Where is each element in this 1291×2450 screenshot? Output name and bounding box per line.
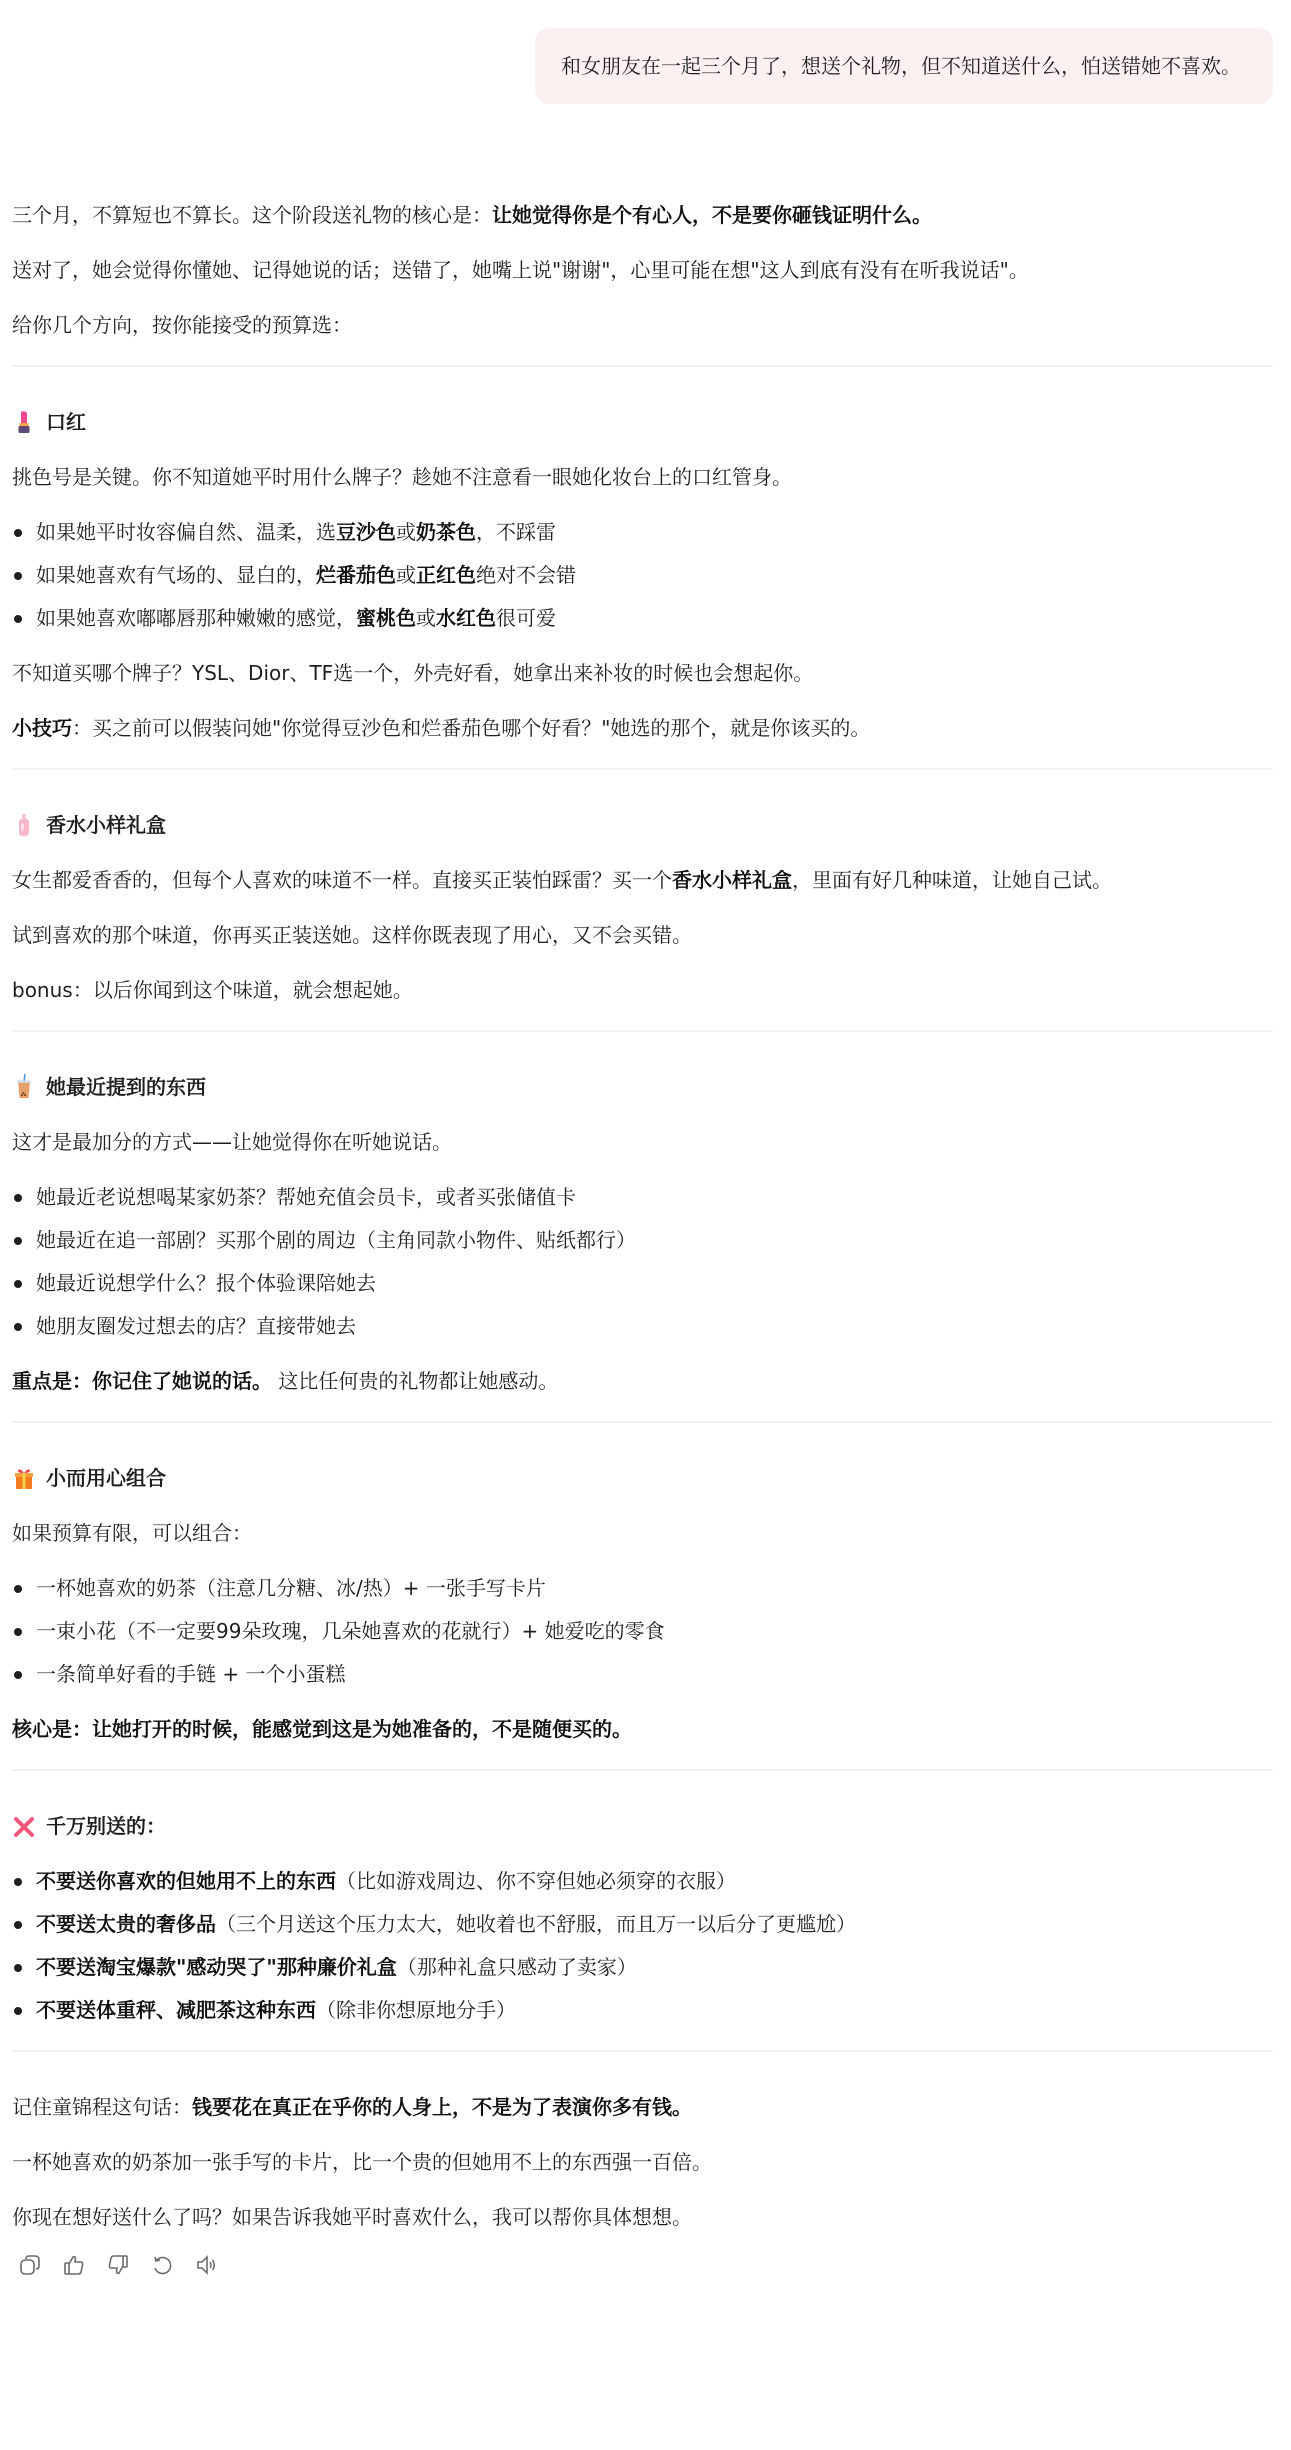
- copy-button[interactable]: [18, 2253, 42, 2277]
- list-item: 不要送淘宝爆款"感动哭了"那种廉价礼盒（那种礼盒只感动了卖家）: [12, 1952, 1273, 1982]
- lipstick-tip: 小技巧：买之前可以假装问她"你觉得豆沙色和烂番茄色哪个好看？"她选的那个，就是你…: [12, 713, 1273, 743]
- speaker-icon: [194, 2253, 218, 2277]
- perfume-paragraph-3: bonus：以后你闻到这个味道，就会想起她。: [12, 975, 1273, 1005]
- list-item: 如果她平时妆容偏自然、温柔，选豆沙色或奶茶色，不踩雷: [12, 517, 1273, 547]
- user-message-bubble: 和女朋友在一起三个月了，想送个礼物，但不知道送什么，怕送错她不喜欢。: [535, 28, 1273, 104]
- divider: [12, 1030, 1273, 1032]
- cross-mark-icon: [12, 1813, 36, 1839]
- outro-paragraph-3: 你现在想好送什么了吗？如果告诉我她平时喜欢什么，我可以帮你具体想想。: [12, 2202, 1273, 2232]
- lipstick-list: 如果她平时妆容偏自然、温柔，选豆沙色或奶茶色，不踩雷 如果她喜欢有气场的、显白的…: [12, 517, 1273, 633]
- list-item: 她最近说想学什么？报个体验课陪她去: [12, 1268, 1273, 1298]
- intro-paragraph-2: 送对了，她会觉得你懂她、记得她说的话；送错了，她嘴上说"谢谢"，心里可能在想"这…: [12, 255, 1273, 285]
- divider: [12, 365, 1273, 367]
- mentioned-list: 她最近老说想喝某家奶茶？帮她充值会员卡，或者买张储值卡 她最近在追一部剧？买那个…: [12, 1182, 1273, 1341]
- mentioned-key-point: 重点是：你记住了她说的话。 这比任何贵的礼物都让她感动。: [12, 1366, 1273, 1396]
- lipstick-paragraph-2: 不知道买哪个牌子？YSL、Dior、TF选一个，外壳好看，她拿出来补妆的时候也会…: [12, 658, 1273, 688]
- like-button[interactable]: [62, 2253, 86, 2277]
- lipstick-icon: [12, 409, 36, 435]
- section-title-avoid: 千万别送的：: [12, 1811, 1273, 1841]
- combo-list: 一杯她喜欢的奶茶（注意几分糖、冰/热）+ 一张手写卡片 一束小花（不一定要99朵…: [12, 1573, 1273, 1689]
- list-item: 不要送你喜欢的但她用不上的东西（比如游戏周边、你不穿但她必须穿的衣服）: [12, 1866, 1273, 1896]
- list-item: 不要送体重秤、减肥茶这种东西（除非你想原地分手）: [12, 1995, 1273, 2025]
- section-title-text: 她最近提到的东西: [46, 1072, 206, 1102]
- assistant-answer: 三个月，不算短也不算长。这个阶段送礼物的核心是：让她觉得你是个有心人，不是要你砸…: [0, 200, 1291, 2277]
- intro-paragraph-1: 三个月，不算短也不算长。这个阶段送礼物的核心是：让她觉得你是个有心人，不是要你砸…: [12, 200, 1273, 230]
- list-item: 她最近老说想喝某家奶茶？帮她充值会员卡，或者买张储值卡: [12, 1182, 1273, 1212]
- list-item: 如果她喜欢嘟嘟唇那种嫩嫩的感觉，蜜桃色或水红色很可爱: [12, 603, 1273, 633]
- regenerate-button[interactable]: [150, 2253, 174, 2277]
- list-item: 一杯她喜欢的奶茶（注意几分糖、冰/热）+ 一张手写卡片: [12, 1573, 1273, 1603]
- outro-paragraph-2: 一杯她喜欢的奶茶加一张手写的卡片，比一个贵的但她用不上的东西强一百倍。: [12, 2147, 1273, 2177]
- section-title-text: 小而用心组合: [46, 1463, 166, 1493]
- bubble-tea-icon: [12, 1074, 36, 1100]
- refresh-icon: [150, 2253, 174, 2277]
- combo-paragraph-1: 如果预算有限，可以组合：: [12, 1518, 1273, 1548]
- divider: [12, 1421, 1273, 1423]
- user-message-row: 和女朋友在一起三个月了，想送个礼物，但不知道送什么，怕送错她不喜欢。: [0, 0, 1291, 104]
- gift-icon: [12, 1465, 36, 1491]
- list-item: 如果她喜欢有气场的、显白的，烂番茄色或正红色绝对不会错: [12, 560, 1273, 590]
- list-item: 不要送太贵的奢侈品（三个月送这个压力太大，她收着也不舒服，而且万一以后分了更尴尬…: [12, 1909, 1273, 1939]
- intro-text: 三个月，不算短也不算长。这个阶段送礼物的核心是：: [12, 203, 492, 227]
- section-title-perfume: 香水小样礼盒: [12, 810, 1273, 840]
- outro-paragraph-1: 记住童锦程这句话：钱要花在真正在乎你的人身上，不是为了表演你多有钱。: [12, 2092, 1273, 2122]
- list-item: 一束小花（不一定要99朵玫瑰，几朵她喜欢的花就行）+ 她爱吃的零食: [12, 1616, 1273, 1646]
- perfume-bottle-icon: [12, 812, 36, 838]
- section-title-combo: 小而用心组合: [12, 1463, 1273, 1493]
- read-aloud-button[interactable]: [194, 2253, 218, 2277]
- lipstick-paragraph-1: 挑色号是关键。你不知道她平时用什么牌子？趁她不注意看一眼她化妆台上的口红管身。: [12, 462, 1273, 492]
- section-title-text: 千万别送的：: [46, 1811, 166, 1841]
- intro-paragraph-3: 给你几个方向，按你能接受的预算选：: [12, 310, 1273, 340]
- list-item: 一条简单好看的手链 + 一个小蛋糕: [12, 1659, 1273, 1689]
- thumbs-up-icon: [62, 2253, 86, 2277]
- perfume-paragraph-2: 试到喜欢的那个味道，你再买正装送她。这样你既表现了用心，又不会买错。: [12, 920, 1273, 950]
- divider: [12, 1769, 1273, 1771]
- section-title-text: 口红: [46, 407, 86, 437]
- list-item: 她最近在追一部剧？买那个剧的周边（主角同款小物件、贴纸都行）: [12, 1225, 1273, 1255]
- avoid-list: 不要送你喜欢的但她用不上的东西（比如游戏周边、你不穿但她必须穿的衣服） 不要送太…: [12, 1866, 1273, 2025]
- list-item: 她朋友圈发过想去的店？直接带她去: [12, 1311, 1273, 1341]
- perfume-paragraph-1: 女生都爱香香的，但每个人喜欢的味道不一样。直接买正装怕踩雷？买一个香水小样礼盒，…: [12, 865, 1273, 895]
- section-title-lipstick: 口红: [12, 407, 1273, 437]
- thumbs-down-icon: [106, 2253, 130, 2277]
- message-actions: [12, 2253, 1273, 2277]
- intro-bold: 让她觉得你是个有心人，不是要你砸钱证明什么。: [492, 203, 932, 227]
- section-title-mentioned: 她最近提到的东西: [12, 1072, 1273, 1102]
- divider: [12, 768, 1273, 770]
- copy-icon: [18, 2253, 42, 2277]
- mentioned-paragraph-1: 这才是最加分的方式——让她觉得你在听她说话。: [12, 1127, 1273, 1157]
- section-title-text: 香水小样礼盒: [46, 810, 166, 840]
- dislike-button[interactable]: [106, 2253, 130, 2277]
- combo-core: 核心是：让她打开的时候，能感觉到这是为她准备的，不是随便买的。: [12, 1714, 1273, 1744]
- divider: [12, 2050, 1273, 2052]
